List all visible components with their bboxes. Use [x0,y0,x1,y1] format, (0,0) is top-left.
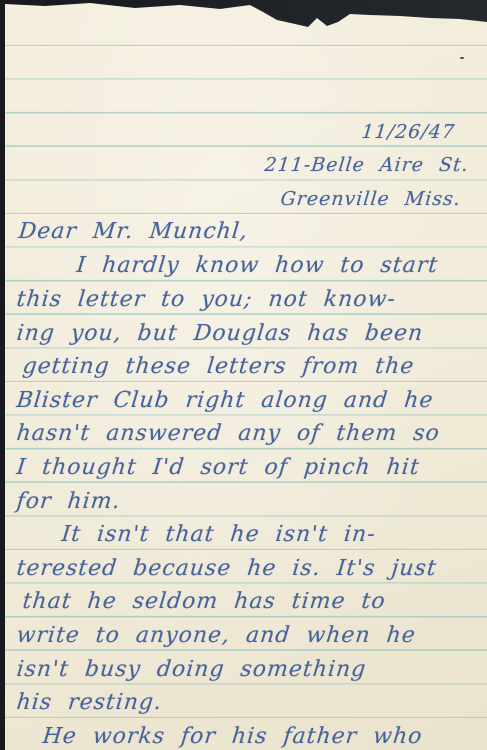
body-line: write to anyone, and when he [15,621,417,651]
body-line: Blister Club right along and he [15,386,435,416]
letter-address-line: 211-Belle Aire St. [263,150,487,180]
body-line: I thought I'd sort of pinch hit [15,453,421,483]
letter-date: 11/26/47 [360,117,487,147]
body-line: It isn't that he isn't in- [60,520,377,550]
body-line: his resting. [15,688,164,718]
photo-background: 11/26/47 211-Belle Aire St. Greenville M… [0,0,487,750]
letter-paper: 11/26/47 211-Belle Aire St. Greenville M… [5,0,487,750]
body-line: I hardly know how to start [75,251,440,281]
body-line: that he seldom has time to [21,587,387,617]
body-line-cutoff: He works for his father who [41,722,424,750]
salutation-line: Dear Mr. Munchl, [17,217,249,247]
body-line: hasn't answered any of them so [15,419,441,449]
paper-speck [460,57,464,59]
body-line: this letter to you; not know- [15,285,397,315]
body-line: terested because he is. It's just [15,554,438,584]
body-line: getting these letters from the [21,352,416,382]
letter-city-line: Greenville Miss. [279,184,487,214]
body-line: isn't busy doing something [15,655,368,685]
body-line: for him. [15,487,122,517]
body-line: ing you, but Douglas has been [15,319,425,349]
